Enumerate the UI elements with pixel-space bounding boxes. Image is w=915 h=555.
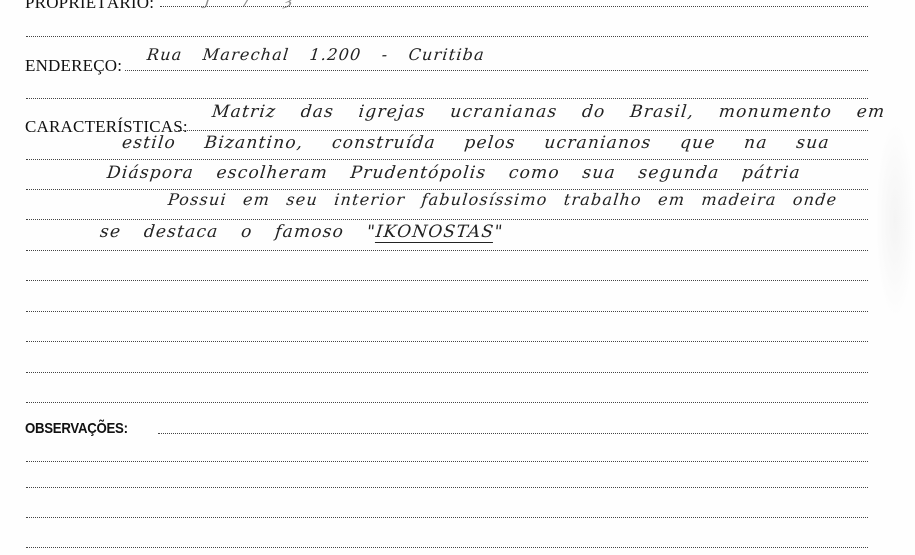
observacoes-rule (158, 433, 868, 434)
observacoes-label: OBSERVAÇÕES: (25, 421, 129, 436)
rule-line (26, 311, 868, 312)
rule-line (26, 250, 868, 251)
rule-line (26, 372, 868, 373)
endereco-label: ENDEREÇO: (25, 57, 124, 74)
caracteristicas-line-4: Possui em seu interior fabulosíssimo tra… (167, 192, 838, 208)
caracteristicas-line-5-text: se destaca o famoso " (99, 222, 377, 242)
caracteristicas-line-5: se destaca o famoso "IKONOSTAS" (99, 224, 504, 241)
rule-line (26, 219, 868, 220)
rule-line (26, 280, 868, 281)
endereco-value: Rua Marechal 1.200 - Curitiba (146, 47, 486, 63)
caracteristicas-line-2: estilo Bizantino, construída pelos ucran… (121, 135, 830, 152)
caracteristicas-line-1: Matriz das igrejas ucranianas do Brasil,… (211, 104, 886, 121)
rule-line (26, 402, 868, 403)
rule-line (26, 547, 868, 548)
rule-line (26, 517, 868, 518)
rule-line (26, 36, 868, 37)
rule-line (26, 98, 868, 99)
endereco-rule (125, 70, 868, 71)
scanned-form-page: PROPRIETÁRIO: ƒ / ȝ ENDEREÇO: Rua Marech… (0, 0, 915, 555)
scan-artifact (875, 120, 915, 320)
caracteristicas-line-3: Diáspora escolheram Prudentópolis como s… (106, 165, 802, 182)
rule-line (26, 487, 868, 488)
rule-line (26, 159, 868, 160)
rule-line (26, 461, 868, 462)
proprietario-handwriting: ƒ / ȝ (204, 0, 307, 9)
ikonostas-underlined: IKONOSTAS (375, 222, 496, 243)
caracteristicas-rule (178, 130, 868, 131)
rule-line (26, 341, 868, 342)
proprietario-label: PROPRIETÁRIO: (25, 0, 156, 11)
closing-quote: " (493, 222, 504, 242)
